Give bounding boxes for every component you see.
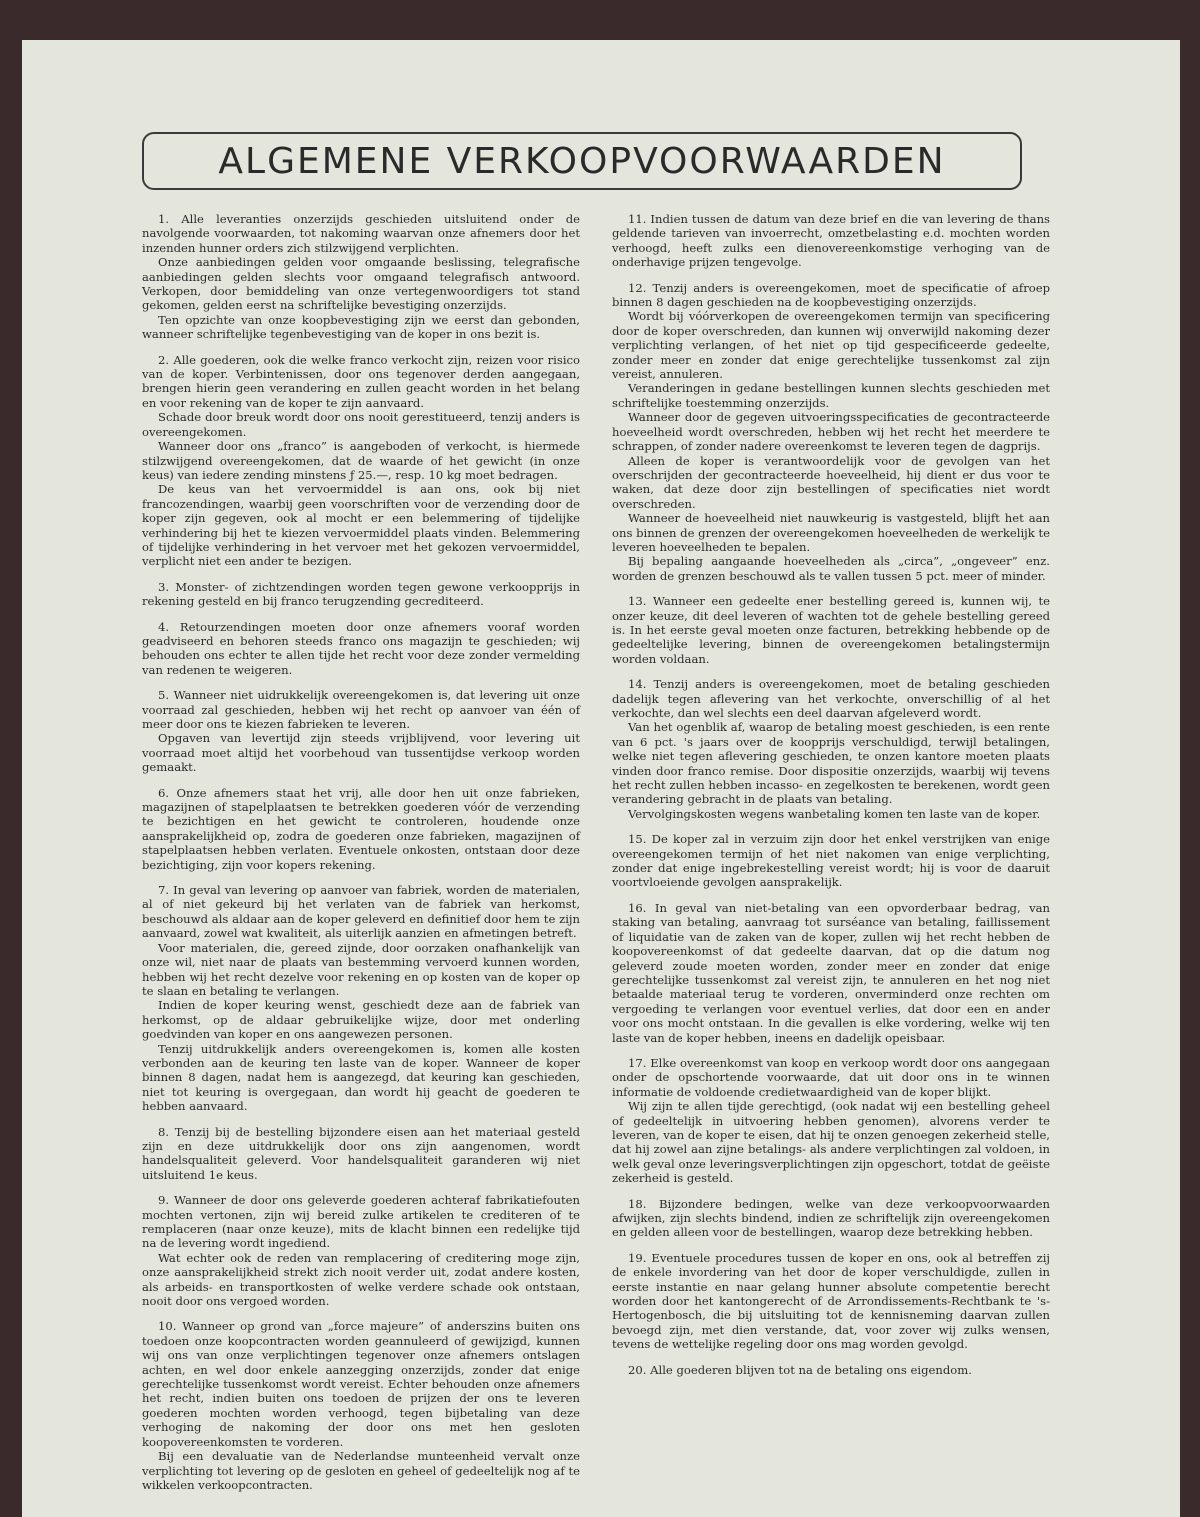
clause: 4. Retourzendingen moeten door onze afne… bbox=[142, 620, 580, 678]
clause-paragraph: Wanneer door de gegeven uitvoeringsspeci… bbox=[612, 410, 1050, 453]
clause-paragraph: Onze aanbiedingen gelden voor omgaande b… bbox=[142, 255, 580, 313]
clause-paragraph: Van het ogenblik af, waarop de betaling … bbox=[612, 720, 1050, 806]
clause-paragraph: Vervolgingskosten wegens wanbetaling kom… bbox=[612, 807, 1050, 821]
clause-paragraph: Wordt bij vóórverkopen de overeengekomen… bbox=[612, 309, 1050, 381]
clause-paragraph: 5. Wanneer niet uidrukkelijk overeengeko… bbox=[142, 688, 580, 731]
clause-paragraph: 4. Retourzendingen moeten door onze afne… bbox=[142, 620, 580, 678]
clause-paragraph: 14. Tenzij anders is overeengekomen, moe… bbox=[612, 677, 1050, 720]
clause-paragraph: Tenzij uitdrukkelijk anders overeengekom… bbox=[142, 1042, 580, 1114]
clause: 3. Monster- of zichtzendingen worden teg… bbox=[142, 580, 580, 609]
clause-paragraph: 20. Alle goederen blijven tot na de beta… bbox=[612, 1363, 1050, 1377]
clause-paragraph: 17. Elke overeenkomst van koop en verkoo… bbox=[612, 1056, 1050, 1099]
clause: 2. Alle goederen, ook die welke franco v… bbox=[142, 353, 580, 569]
clause-paragraph: Indien de koper keuring wenst, geschiedt… bbox=[142, 998, 580, 1041]
page-title: ALGEMENE VERKOOPVOORWAARDEN bbox=[218, 141, 945, 182]
clause: 20. Alle goederen blijven tot na de beta… bbox=[612, 1363, 1050, 1377]
clause-paragraph: 1. Alle leveranties onzerzijds geschiede… bbox=[142, 212, 580, 255]
clause: 18. Bijzondere bedingen, welke van deze … bbox=[612, 1197, 1050, 1240]
left-column: 1. Alle leveranties onzerzijds geschiede… bbox=[142, 212, 580, 1503]
clause-paragraph: 15. De koper zal in verzuim zijn door he… bbox=[612, 832, 1050, 890]
clause-paragraph: 11. Indien tussen de datum van deze brie… bbox=[612, 212, 1050, 270]
clause: 9. Wanneer de door ons geleverde goedere… bbox=[142, 1193, 580, 1308]
clause-paragraph: Voor materialen, die, gereed zijnde, doo… bbox=[142, 941, 580, 999]
clause-paragraph: Wanneer de hoeveelheid niet nauwkeurig i… bbox=[612, 511, 1050, 554]
clause: 13. Wanneer een gedeelte ener bestelling… bbox=[612, 594, 1050, 666]
clause: 5. Wanneer niet uidrukkelijk overeengeko… bbox=[142, 688, 580, 774]
clause-paragraph: Wij zijn te allen tijde gerechtigd, (ook… bbox=[612, 1099, 1050, 1185]
clause-paragraph: 13. Wanneer een gedeelte ener bestelling… bbox=[612, 594, 1050, 666]
clause-paragraph: 9. Wanneer de door ons geleverde goedere… bbox=[142, 1193, 580, 1251]
clause-paragraph: Wanneer door ons „franco” is aangeboden … bbox=[142, 439, 580, 482]
clause: 15. De koper zal in verzuim zijn door he… bbox=[612, 832, 1050, 890]
clause: 1. Alle leveranties onzerzijds geschiede… bbox=[142, 212, 580, 342]
right-column: 11. Indien tussen de datum van deze brie… bbox=[612, 212, 1050, 1388]
clause: 7. In geval van levering op aanvoer van … bbox=[142, 883, 580, 1114]
clause-paragraph: 8. Tenzij bij de bestelling bijzondere e… bbox=[142, 1125, 580, 1183]
clause-paragraph: 6. Onze afnemers staat het vrij, alle do… bbox=[142, 786, 580, 872]
clause-paragraph: De keus van het vervoermiddel is aan ons… bbox=[142, 482, 580, 568]
clause-paragraph: 10. Wanneer op grond van „force majeure”… bbox=[142, 1319, 580, 1449]
title-frame: ALGEMENE VERKOOPVOORWAARDEN bbox=[142, 132, 1022, 190]
clause-paragraph: Opgaven van levertijd zijn steeds vrijbl… bbox=[142, 731, 580, 774]
clause: 6. Onze afnemers staat het vrij, alle do… bbox=[142, 786, 580, 872]
clause: 19. Eventuele procedures tussen de koper… bbox=[612, 1251, 1050, 1352]
clause-paragraph: 3. Monster- of zichtzendingen worden teg… bbox=[142, 580, 580, 609]
clause-paragraph: 12. Tenzij anders is overeengekomen, moe… bbox=[612, 281, 1050, 310]
clause-paragraph: 2. Alle goederen, ook die welke franco v… bbox=[142, 353, 580, 411]
clause: 14. Tenzij anders is overeengekomen, moe… bbox=[612, 677, 1050, 821]
clause: 11. Indien tussen de datum van deze brie… bbox=[612, 212, 1050, 270]
clause-paragraph: 7. In geval van levering op aanvoer van … bbox=[142, 883, 580, 941]
clause-paragraph: 18. Bijzondere bedingen, welke van deze … bbox=[612, 1197, 1050, 1240]
clause: 17. Elke overeenkomst van koop en verkoo… bbox=[612, 1056, 1050, 1186]
clause: 16. In geval van niet-betaling van een o… bbox=[612, 901, 1050, 1045]
clause-paragraph: Schade door breuk wordt door ons nooit g… bbox=[142, 410, 580, 439]
clause: 8. Tenzij bij de bestelling bijzondere e… bbox=[142, 1125, 580, 1183]
clause: 10. Wanneer op grond van „force majeure”… bbox=[142, 1319, 580, 1492]
clause-paragraph: Ten opzichte van onze koopbevestiging zi… bbox=[142, 313, 580, 342]
clause-paragraph: Bij bepaling aangaande hoeveelheden als … bbox=[612, 554, 1050, 583]
clause-paragraph: Veranderingen in gedane bestellingen kun… bbox=[612, 381, 1050, 410]
clause-paragraph: Alleen de koper is verantwoordelijk voor… bbox=[612, 454, 1050, 512]
clause: 12. Tenzij anders is overeengekomen, moe… bbox=[612, 281, 1050, 584]
clause-paragraph: 16. In geval van niet-betaling van een o… bbox=[612, 901, 1050, 1045]
clause-paragraph: 19. Eventuele procedures tussen de koper… bbox=[612, 1251, 1050, 1352]
clause-paragraph: Bij een devaluatie van de Nederlandse mu… bbox=[142, 1449, 580, 1492]
clause-paragraph: Wat echter ook de reden van remplacering… bbox=[142, 1251, 580, 1309]
